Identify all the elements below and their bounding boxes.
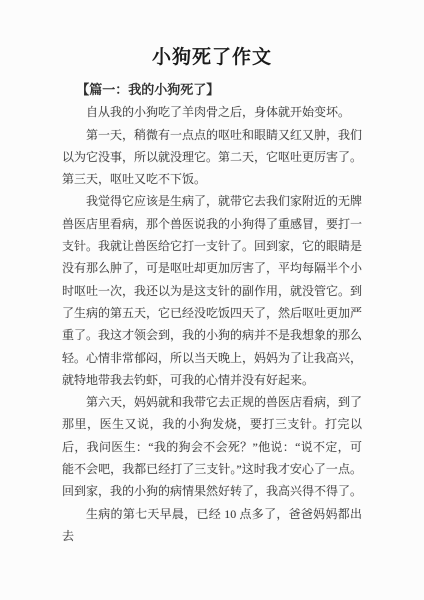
- paragraph: 第一天，稍微有一点点的呕吐和眼睛又红又肿，我们以为它没事，所以就没理它。第二天，…: [62, 124, 362, 191]
- document-title: 小狗死了作文: [62, 44, 362, 72]
- paragraph: 第六天，妈妈就和我带它去正规的兽医店看病，到了那里，医生又说，我的小狗发烧，要打…: [62, 391, 362, 502]
- paragraph: 自从我的小狗吃了羊肉骨之后，身体就开始变坏。: [62, 101, 362, 123]
- paragraph: 生病的第七天早晨，已经 10 点多了，爸爸妈妈都出去: [62, 503, 362, 548]
- document-page: 小狗死了作文 【篇一：我的小狗死了】 自从我的小狗吃了羊肉骨之后，身体就开始变坏…: [0, 0, 424, 600]
- paragraph: 我觉得它应该是生病了，就带它去我们家附近的无牌兽医店里看病，那个兽医说我的小狗得…: [62, 190, 362, 391]
- essay-body: 自从我的小狗吃了羊肉骨之后，身体就开始变坏。 第一天，稍微有一点点的呕吐和眼睛又…: [62, 101, 362, 547]
- section-heading: 【篇一：我的小狗死了】: [62, 79, 362, 101]
